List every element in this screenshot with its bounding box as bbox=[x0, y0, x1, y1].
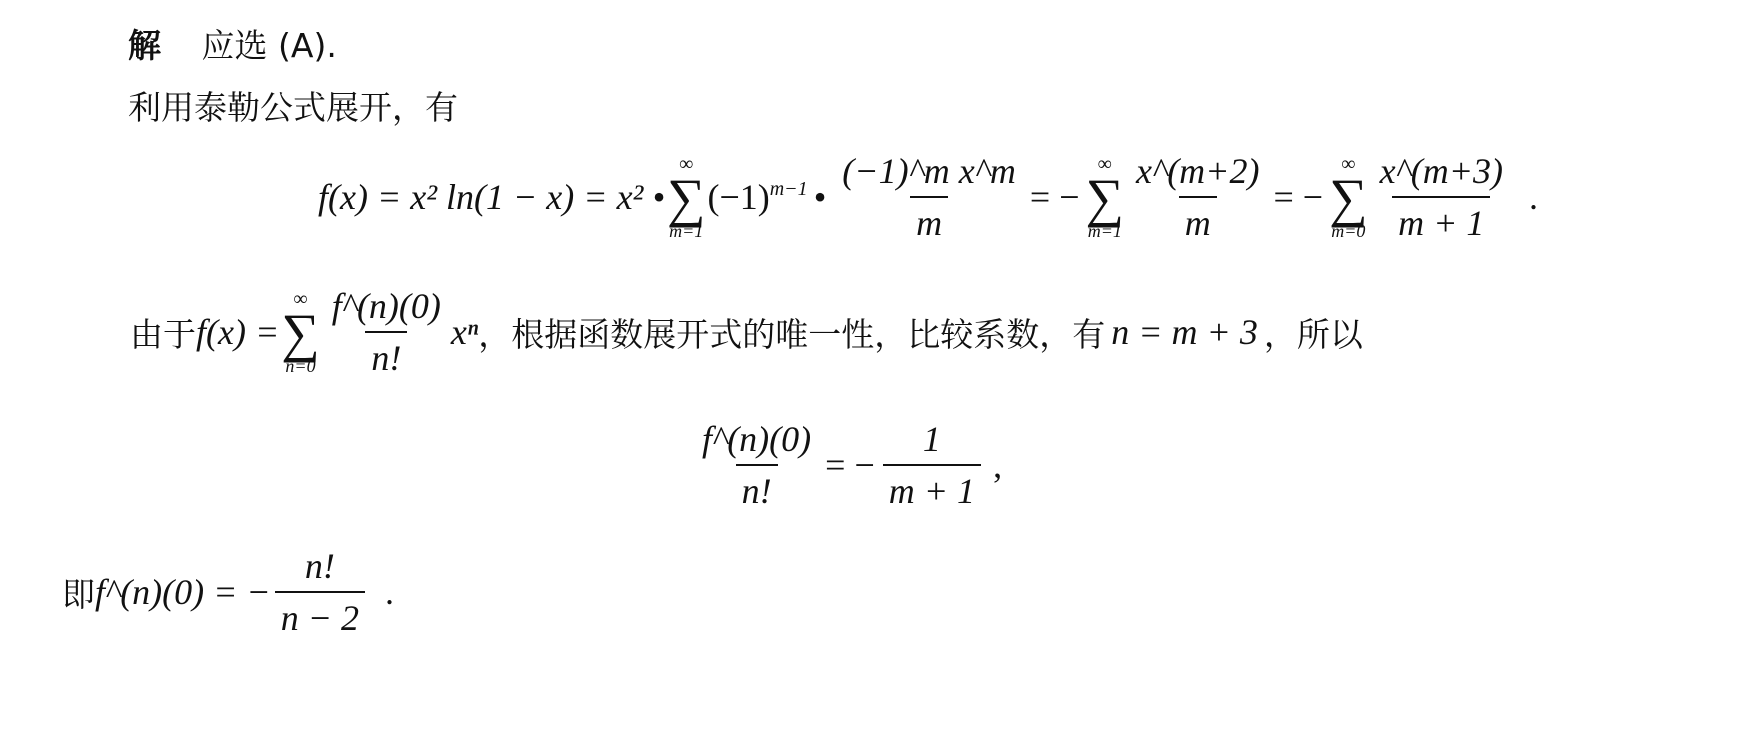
conclusion-prefix: 即 bbox=[62, 569, 95, 616]
fraction-1: (−1)^m x^mm bbox=[836, 150, 1022, 244]
taylor-coef-fraction: f^(n)(0)n! bbox=[326, 285, 447, 379]
fraction-left: f^(n)(0)n! bbox=[696, 418, 817, 512]
comma: , bbox=[993, 444, 1002, 486]
solution-label: 解 bbox=[128, 26, 161, 65]
solution-header: 解 应选 (A). bbox=[128, 20, 337, 67]
equals-neg: = − bbox=[1273, 176, 1323, 218]
taylor-expansion-equation: f(x) = x² ln(1 − x) = x² • ∞∑m=1 (−1)m−1… bbox=[318, 150, 1538, 244]
x-power-n: xⁿ bbox=[451, 311, 478, 353]
dot-operator: • bbox=[814, 176, 827, 218]
conclusion-fraction: n!n − 2 bbox=[275, 545, 365, 639]
eq1-lhs: f(x) = x² ln(1 − x) = x² • bbox=[318, 176, 665, 218]
index-relation: n = m + 3 bbox=[1111, 311, 1258, 353]
fraction-3: x^(m+3)m + 1 bbox=[1374, 150, 1509, 244]
conclusion-line: 即 f^(n)(0) = − n!n − 2 . bbox=[62, 545, 394, 639]
conclusion-lhs: f^(n)(0) = − bbox=[95, 571, 271, 613]
period: . bbox=[1529, 176, 1538, 218]
coefficient-equation: f^(n)(0)n! = − 1m + 1 , bbox=[692, 418, 1002, 512]
uniqueness-line: 由于 f(x) = ∞∑n=0 f^(n)(0)n! xⁿ ，根据函数展开式的唯… bbox=[130, 285, 1363, 379]
period: . bbox=[385, 571, 394, 613]
line2-text: ，根据函数展开式的唯一性，比较系数，有 bbox=[478, 309, 1105, 356]
answer-choice: 应选 (A). bbox=[202, 26, 337, 65]
sum-symbol: ∞∑m=1 bbox=[667, 154, 706, 241]
equals-neg: = − bbox=[1030, 176, 1080, 218]
alt-sign-term: (−1)m−1 bbox=[707, 176, 807, 218]
equals-neg: = − bbox=[825, 444, 875, 486]
line2-suffix: ，所以 bbox=[1264, 309, 1363, 356]
line2-prefix: 由于 bbox=[130, 309, 196, 356]
line2-lhs: f(x) = bbox=[196, 311, 279, 353]
intro-text: 利用泰勒公式展开，有 bbox=[128, 82, 458, 129]
fraction-2: x^(m+2)m bbox=[1130, 150, 1265, 244]
sum-symbol: ∞∑m=0 bbox=[1329, 154, 1368, 241]
sum-symbol: ∞∑n=0 bbox=[281, 289, 320, 376]
fraction-right: 1m + 1 bbox=[883, 418, 981, 512]
sum-symbol: ∞∑m=1 bbox=[1086, 154, 1125, 241]
